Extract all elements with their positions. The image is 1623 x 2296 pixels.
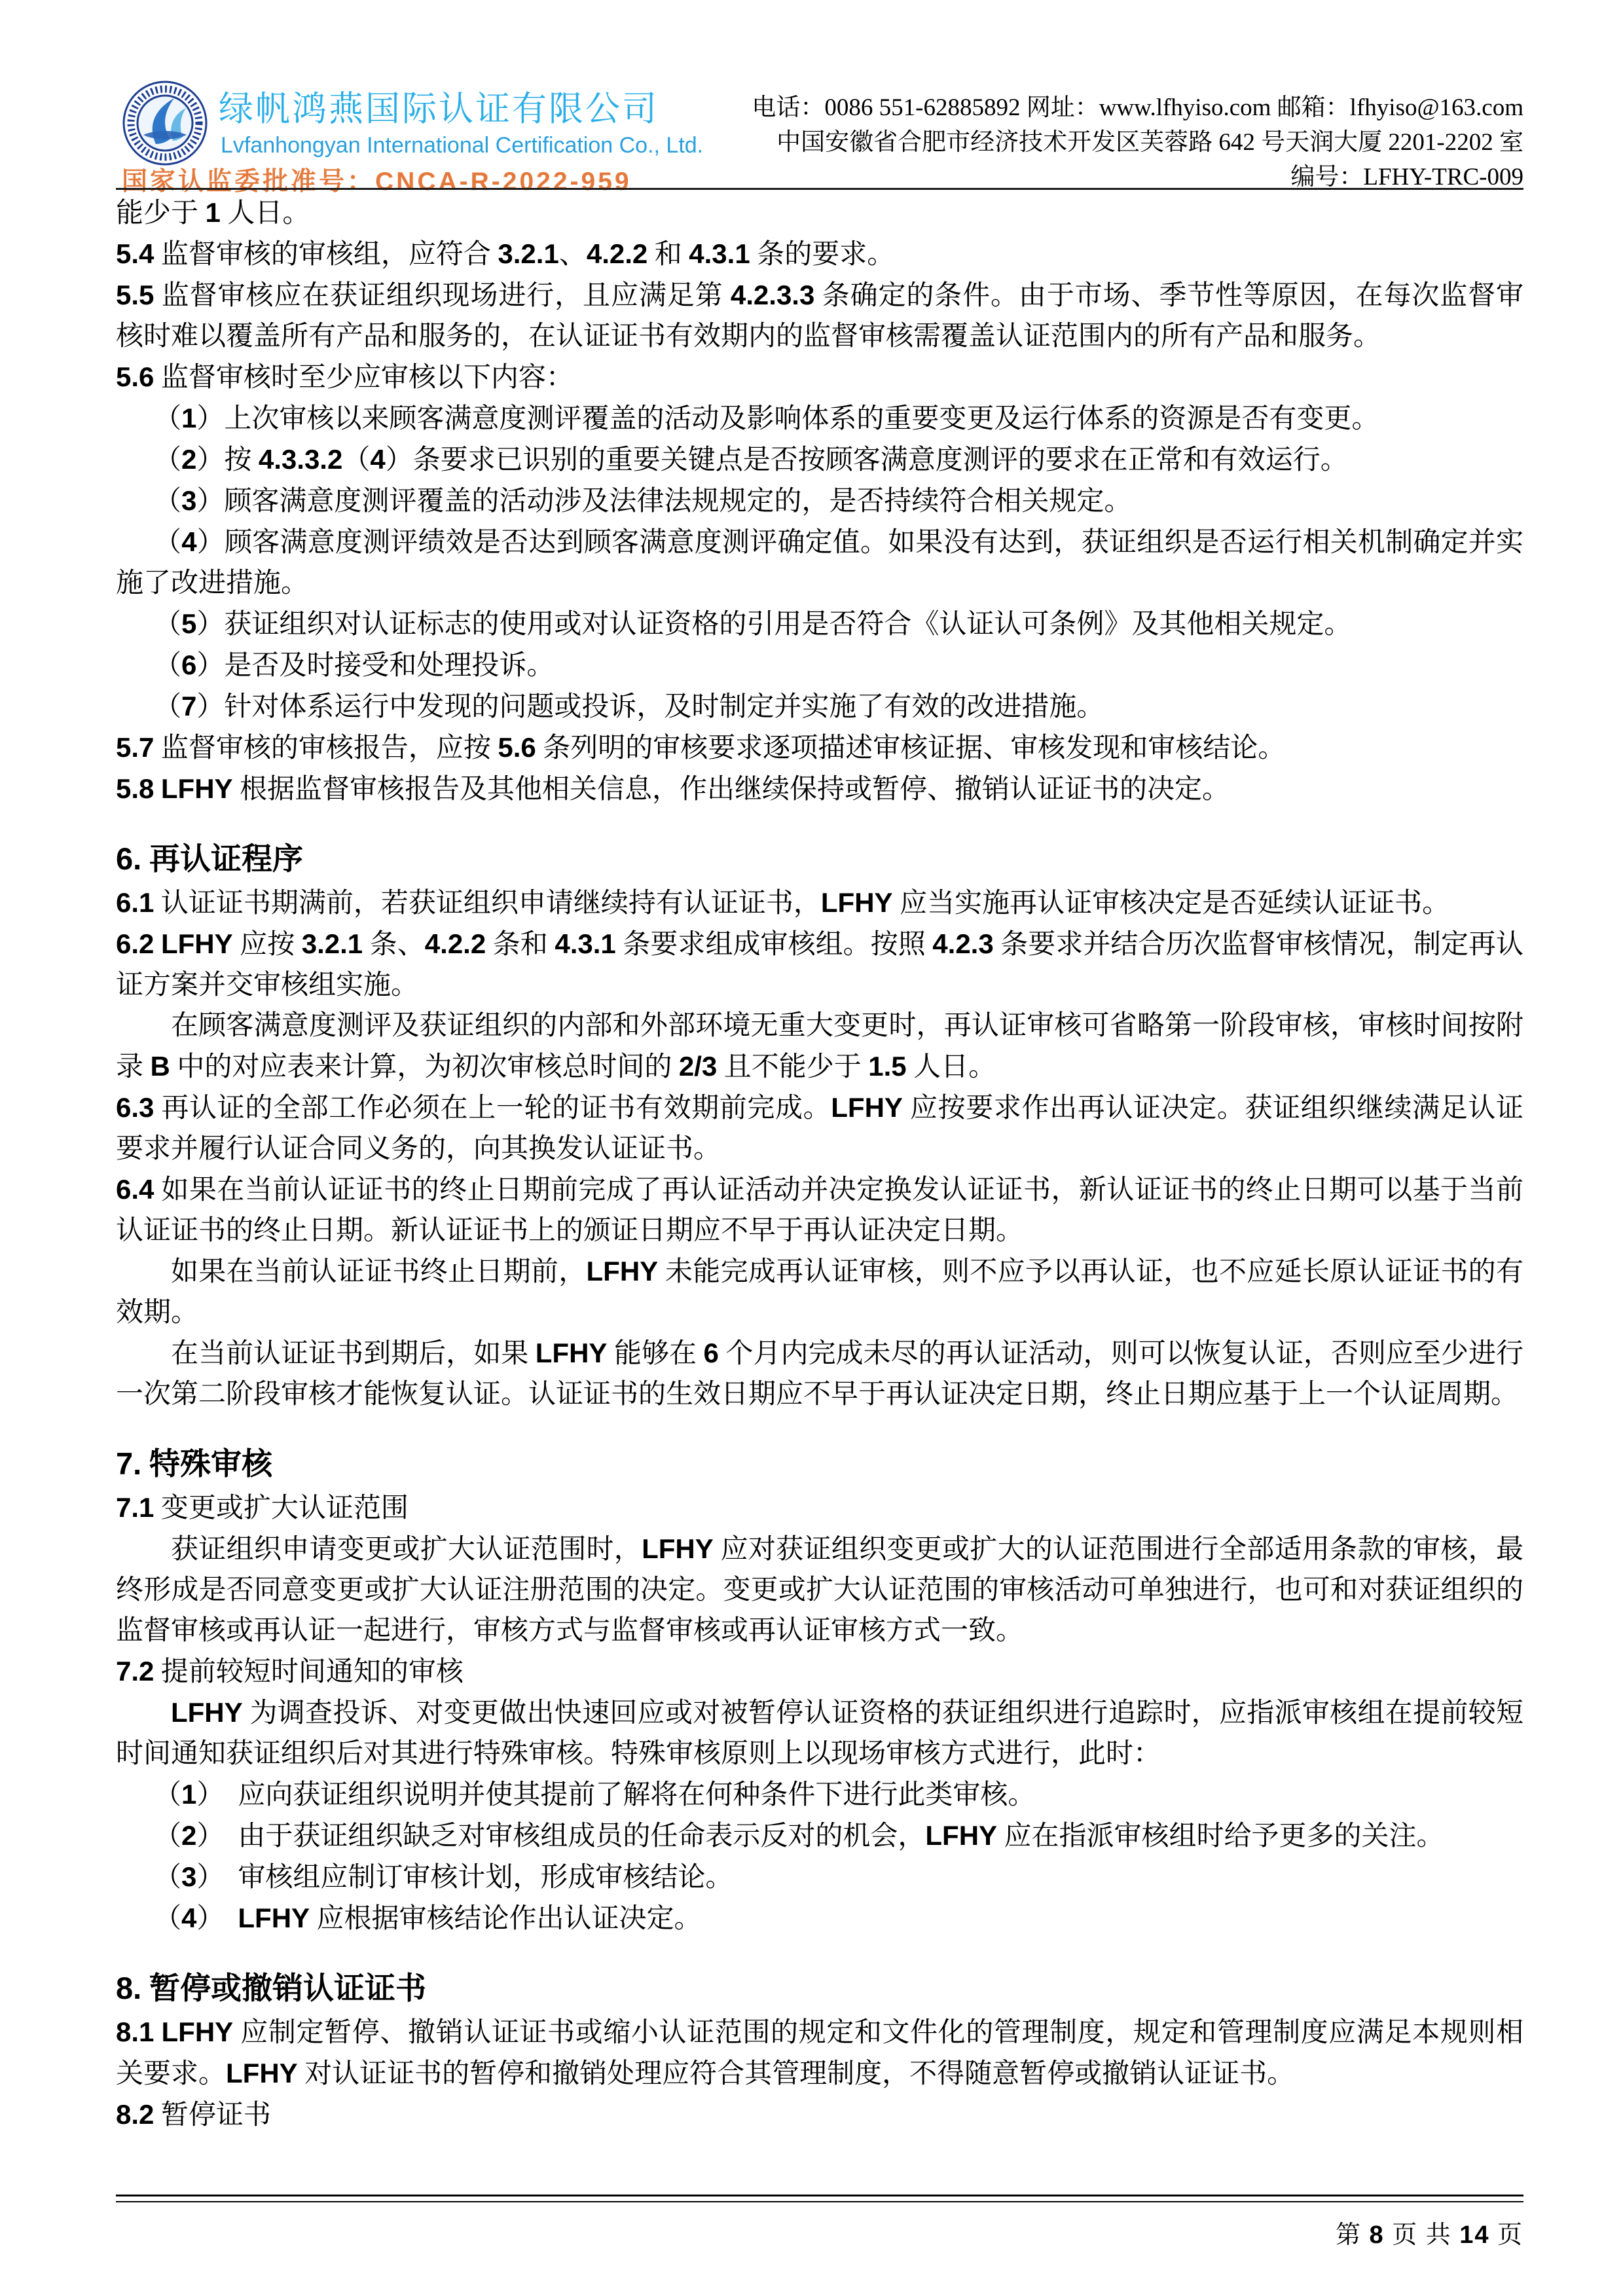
document-page: 绿帆鸿燕国际认证有限公司 Lvfanhongyan International …	[0, 0, 1623, 2296]
section-heading: 6. 再认证程序	[116, 839, 1523, 880]
paragraph: 能少于 1 人日。	[116, 192, 1523, 234]
paragraph: 7.2 提前较短时间通知的审核	[116, 1651, 1523, 1692]
address-line: 中国安徽省合肥市经济技术开发区芙蓉路 642 号天润大厦 2201-2202 室	[752, 125, 1523, 160]
paragraph: （7）针对体系运行中发现的问题或投诉，及时制定并实施了有效的改进措施。	[116, 686, 1523, 727]
paragraph: （2） 由于获证组织缺乏对审核组成员的任命表示反对的机会，LFHY 应在指派审核…	[116, 1815, 1523, 1857]
paragraph: （1） 应向获证组织说明并使其提前了解将在何种条件下进行此类审核。	[116, 1774, 1523, 1815]
paragraph: （5）获证组织对认证标志的使用或对认证资格的引用是否符合《认证认可条例》及其他相…	[116, 604, 1523, 645]
page-number: 第 8 页 共 14 页	[1336, 2214, 1523, 2250]
paragraph: 6.3 再认证的全部工作必须在上一轮的证书有效期前完成。LFHY 应按要求作出再…	[116, 1087, 1523, 1169]
paragraph: 6.1 认证证书期满前，若获证组织申请继续持有认证证书，LFHY 应当实施再认证…	[116, 883, 1523, 924]
paragraph: 在当前认证证书到期后，如果 LFHY 能够在 6 个月内完成未尽的再认证活动，则…	[116, 1333, 1523, 1415]
paragraph: 8.2 暂停证书	[116, 2094, 1523, 2136]
paragraph: 5.4 监督审核的审核组，应符合 3.2.1、4.2.2 和 4.3.1 条的要…	[116, 234, 1523, 275]
paragraph: 在顾客满意度测评及获证组织的内部和外部环境无重大变更时，再认证审核可省略第一阶段…	[116, 1006, 1523, 1087]
paragraph: 6.2 LFHY 应按 3.2.1 条、4.2.2 条和 4.3.1 条要求组成…	[116, 924, 1523, 1006]
footer-divider	[116, 2195, 1523, 2202]
paragraph: （4）顾客满意度测评绩效是否达到顾客满意度测评确定值。如果没有达到，获证组织是否…	[116, 522, 1523, 604]
paragraph: （1）上次审核以来顾客满意度测评覆盖的活动及影响体系的重要变更及运行体系的资源是…	[116, 398, 1523, 439]
contact-line: 电话：0086 551-62885892 网址：www.lfhyiso.com …	[752, 90, 1523, 125]
paragraph: 5.8 LFHY 根据监督审核报告及其他相关信息，作出继续保持或暂停、撤销认证证…	[116, 769, 1523, 810]
paragraph: LFHY 为调查投诉、对变更做出快速回应或对被暂停认证资格的获证组织进行追踪时，…	[116, 1692, 1523, 1774]
section-heading: 8. 暂停或撤销认证证书	[116, 1968, 1523, 2009]
company-name-en: Lvfanhongyan International Certification…	[221, 133, 703, 158]
paragraph: 8.1 LFHY 应制定暂停、撤销认证证书或缩小认证范围的规定和文件化的管理制度…	[116, 2012, 1523, 2094]
paragraph: （2）按 4.3.3.2（4）条要求已识别的重要关键点是否按顾客满意度测评的要求…	[116, 439, 1523, 481]
section-heading: 7. 特殊审核	[116, 1444, 1523, 1485]
paragraph: 7.1 变更或扩大认证范围	[116, 1487, 1523, 1529]
paragraph: 如果在当前认证证书终止日期前，LFHY 未能完成再认证审核，则不应予以再认证，也…	[116, 1251, 1523, 1333]
paragraph: 6.4 如果在当前认证证书的终止日期前完成了再认证活动并决定换发认证证书，新认证…	[116, 1169, 1523, 1251]
paragraph: 获证组织申请变更或扩大认证范围时，LFHY 应对获证组织变更或扩大的认证范围进行…	[116, 1529, 1523, 1651]
header-contact-block: 电话：0086 551-62885892 网址：www.lfhyiso.com …	[752, 90, 1523, 194]
paragraph: （4） LFHY 应根据审核结论作出认证决定。	[116, 1898, 1523, 1939]
paragraph: 5.5 监督审核应在获证组织现场进行，且应满足第 4.2.3.3 条确定的条件。…	[116, 275, 1523, 357]
company-name-cn: 绿帆鸿燕国际认证有限公司	[219, 81, 659, 131]
paragraph: （3）顾客满意度测评覆盖的活动涉及法律法规规定的，是否持续符合相关规定。	[116, 481, 1523, 522]
paragraph: 5.7 监督审核的审核报告，应按 5.6 条列明的审核要求逐项描述审核证据、审核…	[116, 727, 1523, 769]
header-divider	[116, 188, 1523, 190]
document-body: 能少于 1 人日。5.4 监督审核的审核组，应符合 3.2.1、4.2.2 和 …	[116, 192, 1523, 2136]
paragraph: （6）是否及时接受和处理投诉。	[116, 645, 1523, 686]
company-logo-icon	[122, 80, 208, 166]
paragraph: （3） 审核组应制订审核计划，形成审核结论。	[116, 1857, 1523, 1898]
paragraph: 5.6 监督审核时至少应审核以下内容：	[116, 357, 1523, 398]
